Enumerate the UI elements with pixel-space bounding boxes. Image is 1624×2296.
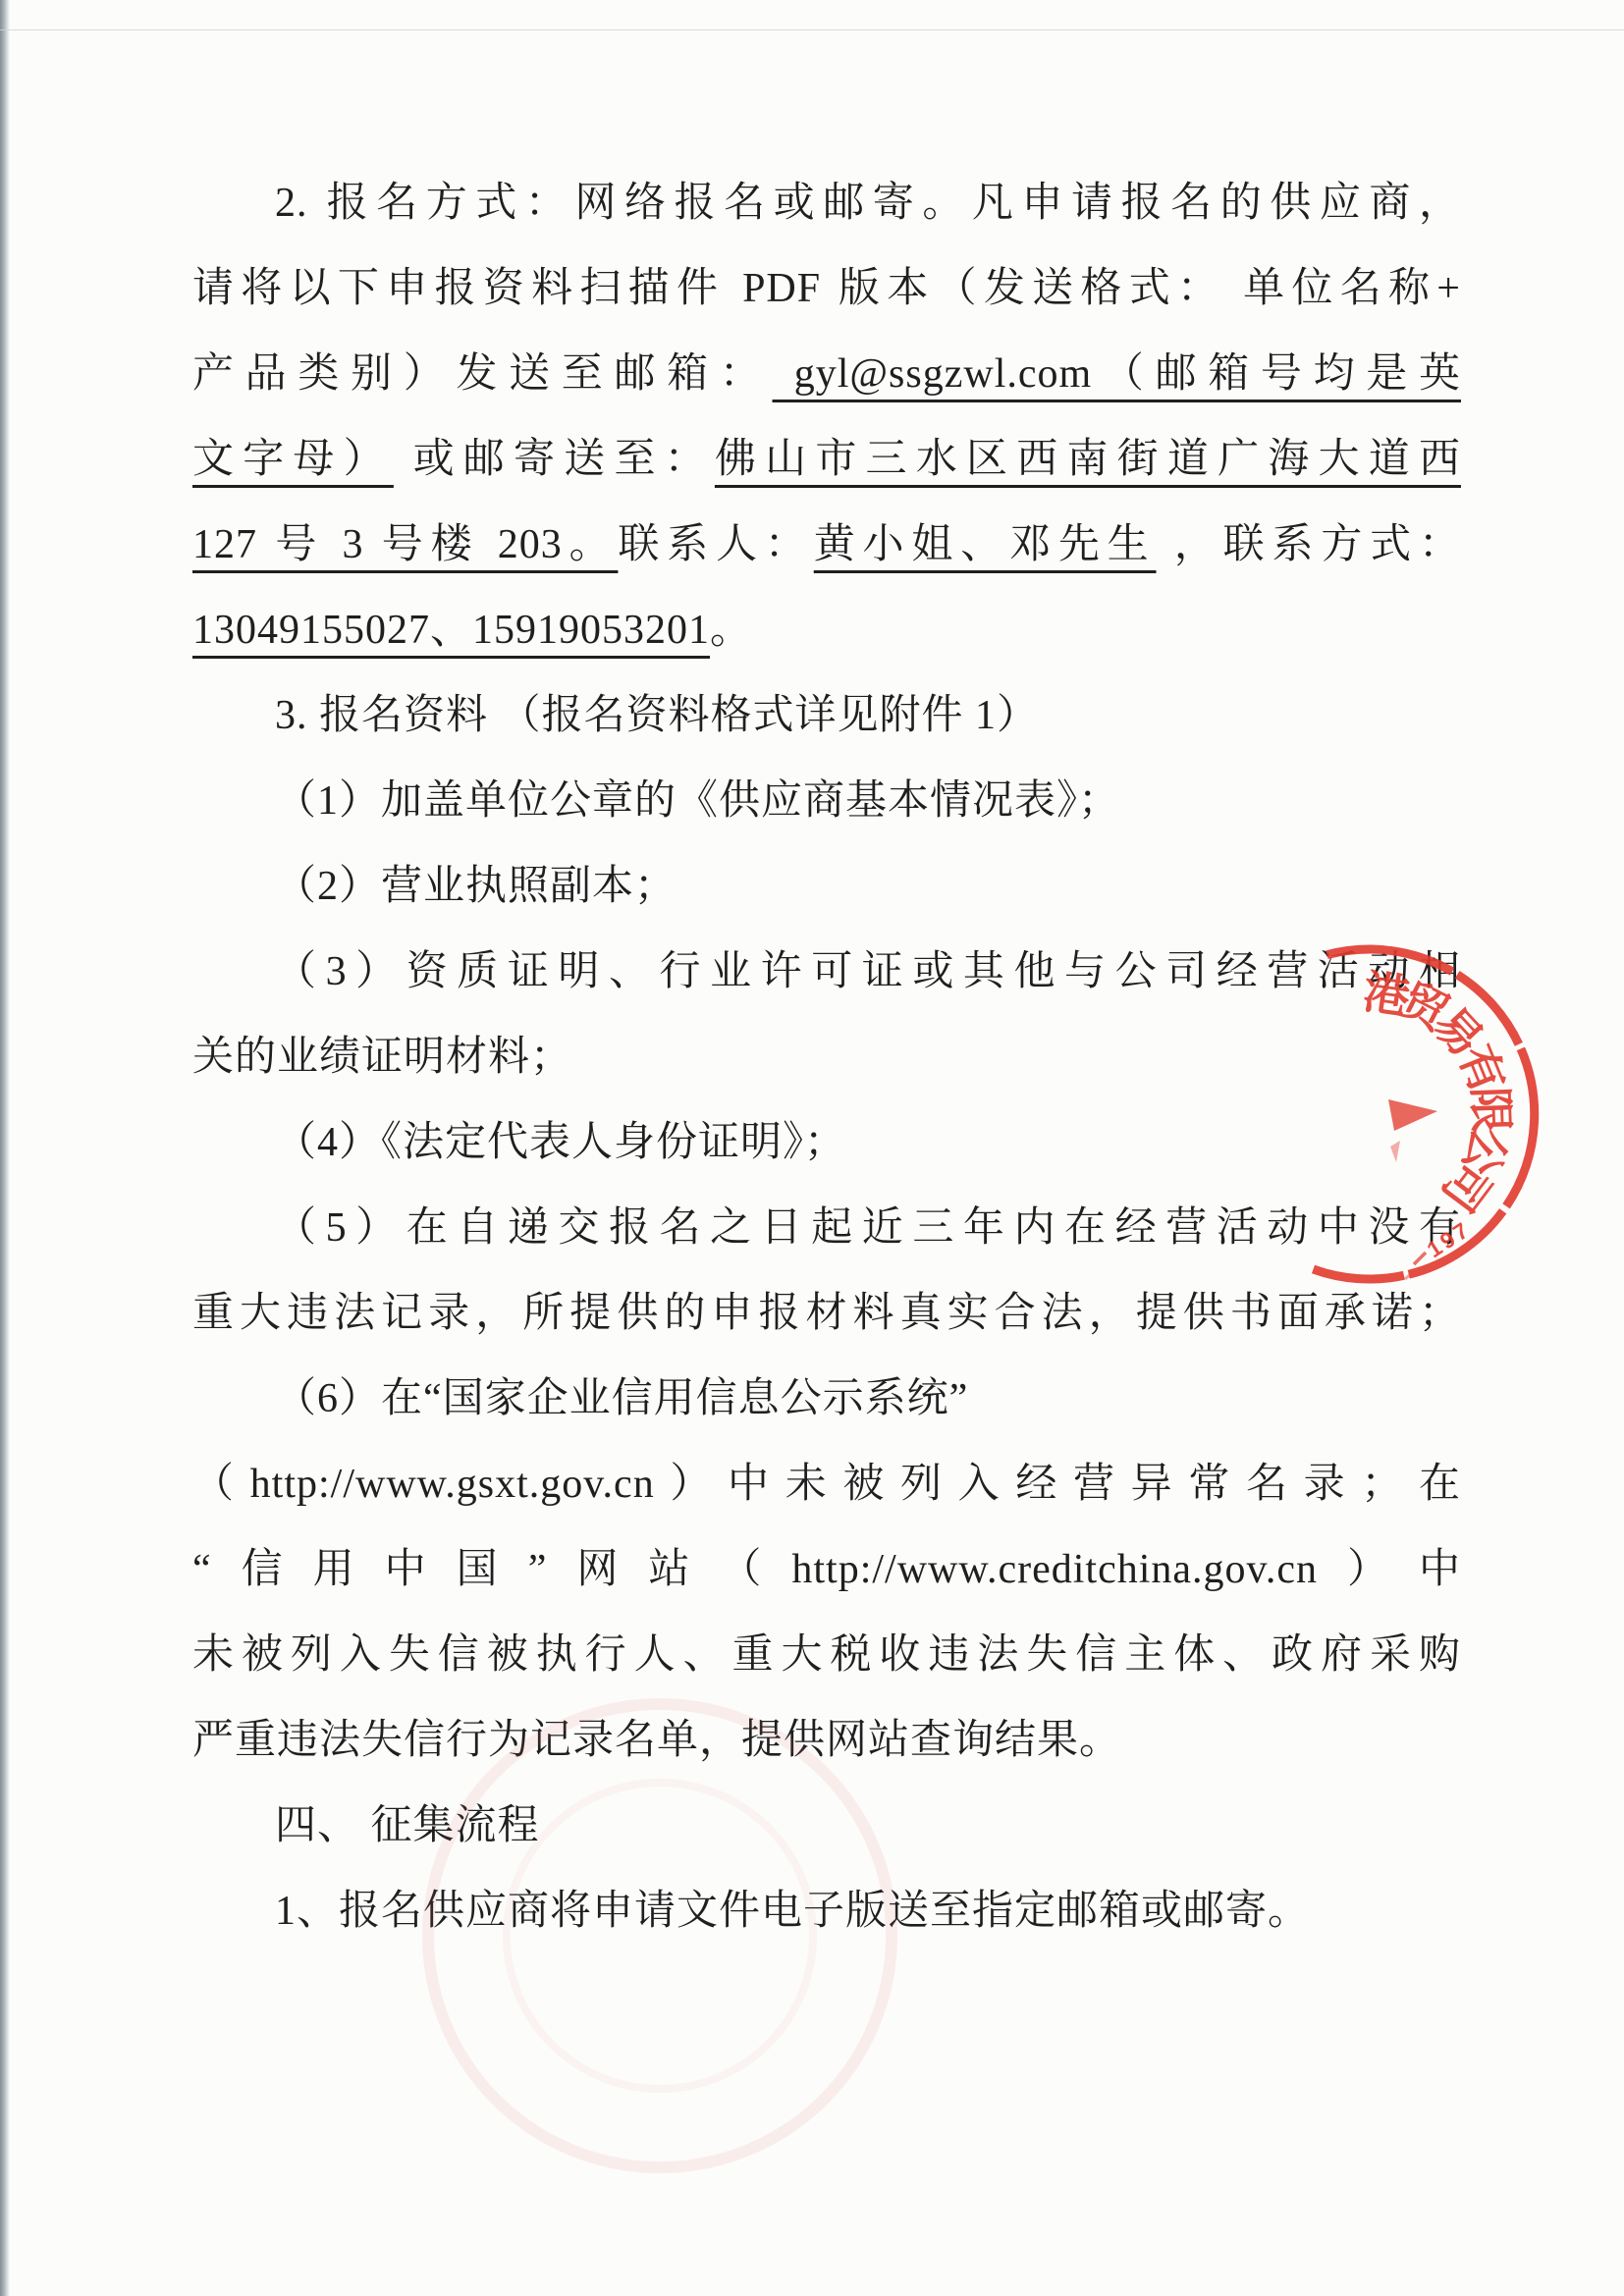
underlined-text: 13049155027、15919053201 bbox=[192, 608, 710, 653]
underlined-text: gyl@ssgzwl.com（邮箱号均是英 bbox=[773, 351, 1461, 397]
scanned-document-page: 2. 报名方式：网络报名或邮寄。凡申请报名的供应商，请将以下申报资料扫描件 PD… bbox=[0, 0, 1624, 2296]
text-line: 产品类别）发送至邮箱： gyl@ssgzwl.com（邮箱号均是英 bbox=[192, 332, 1461, 417]
underlined-text: 黄小姐、邓先生 bbox=[814, 522, 1157, 567]
text-run: 或邮寄送至： bbox=[394, 437, 715, 482]
text-run: 关的业绩证明材料； bbox=[192, 1035, 572, 1080]
text-run: 。 bbox=[710, 608, 752, 653]
text-line: 13049155027、15919053201。 bbox=[192, 588, 1461, 673]
text-run: 联系人： bbox=[618, 522, 813, 567]
text-run: （http://www.gsxt.gov.cn）中未被列入经营异常名录；在 bbox=[192, 1462, 1461, 1507]
text-line: 3. 报名资料 （报名资料格式详见附件 1） bbox=[192, 673, 1461, 759]
text-run: （6）在“国家企业信用信息公示系统” bbox=[275, 1376, 968, 1421]
text-line: 127 号 3 号楼 203。联系人：黄小姐、邓先生 ，联系方式： bbox=[192, 503, 1461, 588]
text-line: 2. 报名方式：网络报名或邮寄。凡申请报名的供应商， bbox=[192, 161, 1461, 246]
text-line: （1）加盖单位公章的《供应商基本情况表》； bbox=[192, 759, 1461, 844]
text-line: 请将以下申报资料扫描件 PDF 版本（发送格式： 单位名称+ bbox=[192, 246, 1461, 332]
text-run: “信用中国”网站（http://www.creditchina.gov.cn）中 bbox=[192, 1547, 1461, 1592]
text-line: （6）在“国家企业信用信息公示系统” bbox=[192, 1357, 1461, 1442]
text-line: 未被列入失信被执行人、重大税收违法失信主体、政府采购 bbox=[192, 1613, 1461, 1698]
text-run: 2. 报名方式：网络报名或邮寄。凡申请报名的供应商， bbox=[275, 181, 1461, 226]
seal-star-icon bbox=[1388, 1099, 1437, 1131]
text-run: （2）营业执照副本； bbox=[275, 864, 677, 909]
text-run: （1）加盖单位公章的《供应商基本情况表》； bbox=[275, 778, 1120, 824]
text-run: 未被列入失信被执行人、重大税收违法失信主体、政府采购 bbox=[192, 1632, 1461, 1678]
seal-tick bbox=[1414, 1253, 1426, 1264]
bleedthrough-stamp-inner bbox=[503, 1779, 817, 2093]
text-run: ，联系方式： bbox=[1157, 522, 1461, 567]
text-line: 文字母） 或邮寄送至：佛山市三水区西南街道广海大道西 bbox=[192, 417, 1461, 503]
text-line: （http://www.gsxt.gov.cn）中未被列入经营异常名录；在 bbox=[192, 1442, 1461, 1527]
text-run: （4）《法定代表人身份证明》； bbox=[275, 1120, 846, 1165]
seal-star-fragment bbox=[1390, 1141, 1400, 1162]
scan-edge-artifact bbox=[0, 0, 10, 2296]
underlined-text: 文字母） bbox=[192, 437, 394, 482]
text-run: 产品类别）发送至邮箱： bbox=[192, 351, 773, 397]
bleedthrough-stamp bbox=[422, 1698, 897, 2173]
text-run: 请将以下申报资料扫描件 PDF 版本（发送格式： 单位名称+ bbox=[192, 266, 1461, 311]
text-line: “信用中国”网站（http://www.creditchina.gov.cn）中 bbox=[192, 1527, 1461, 1613]
underlined-text: 127 号 3 号楼 203。 bbox=[192, 522, 618, 567]
text-run: 3. 报名资料 （报名资料格式详见附件 1） bbox=[275, 693, 1039, 738]
underlined-text: 佛山市三水区西南街道广海大道西 bbox=[715, 437, 1461, 482]
company-seal-stamp: 港 贸 易 有 限 公 司 197 bbox=[1188, 913, 1561, 1306]
scan-line-artifact bbox=[0, 29, 1624, 30]
